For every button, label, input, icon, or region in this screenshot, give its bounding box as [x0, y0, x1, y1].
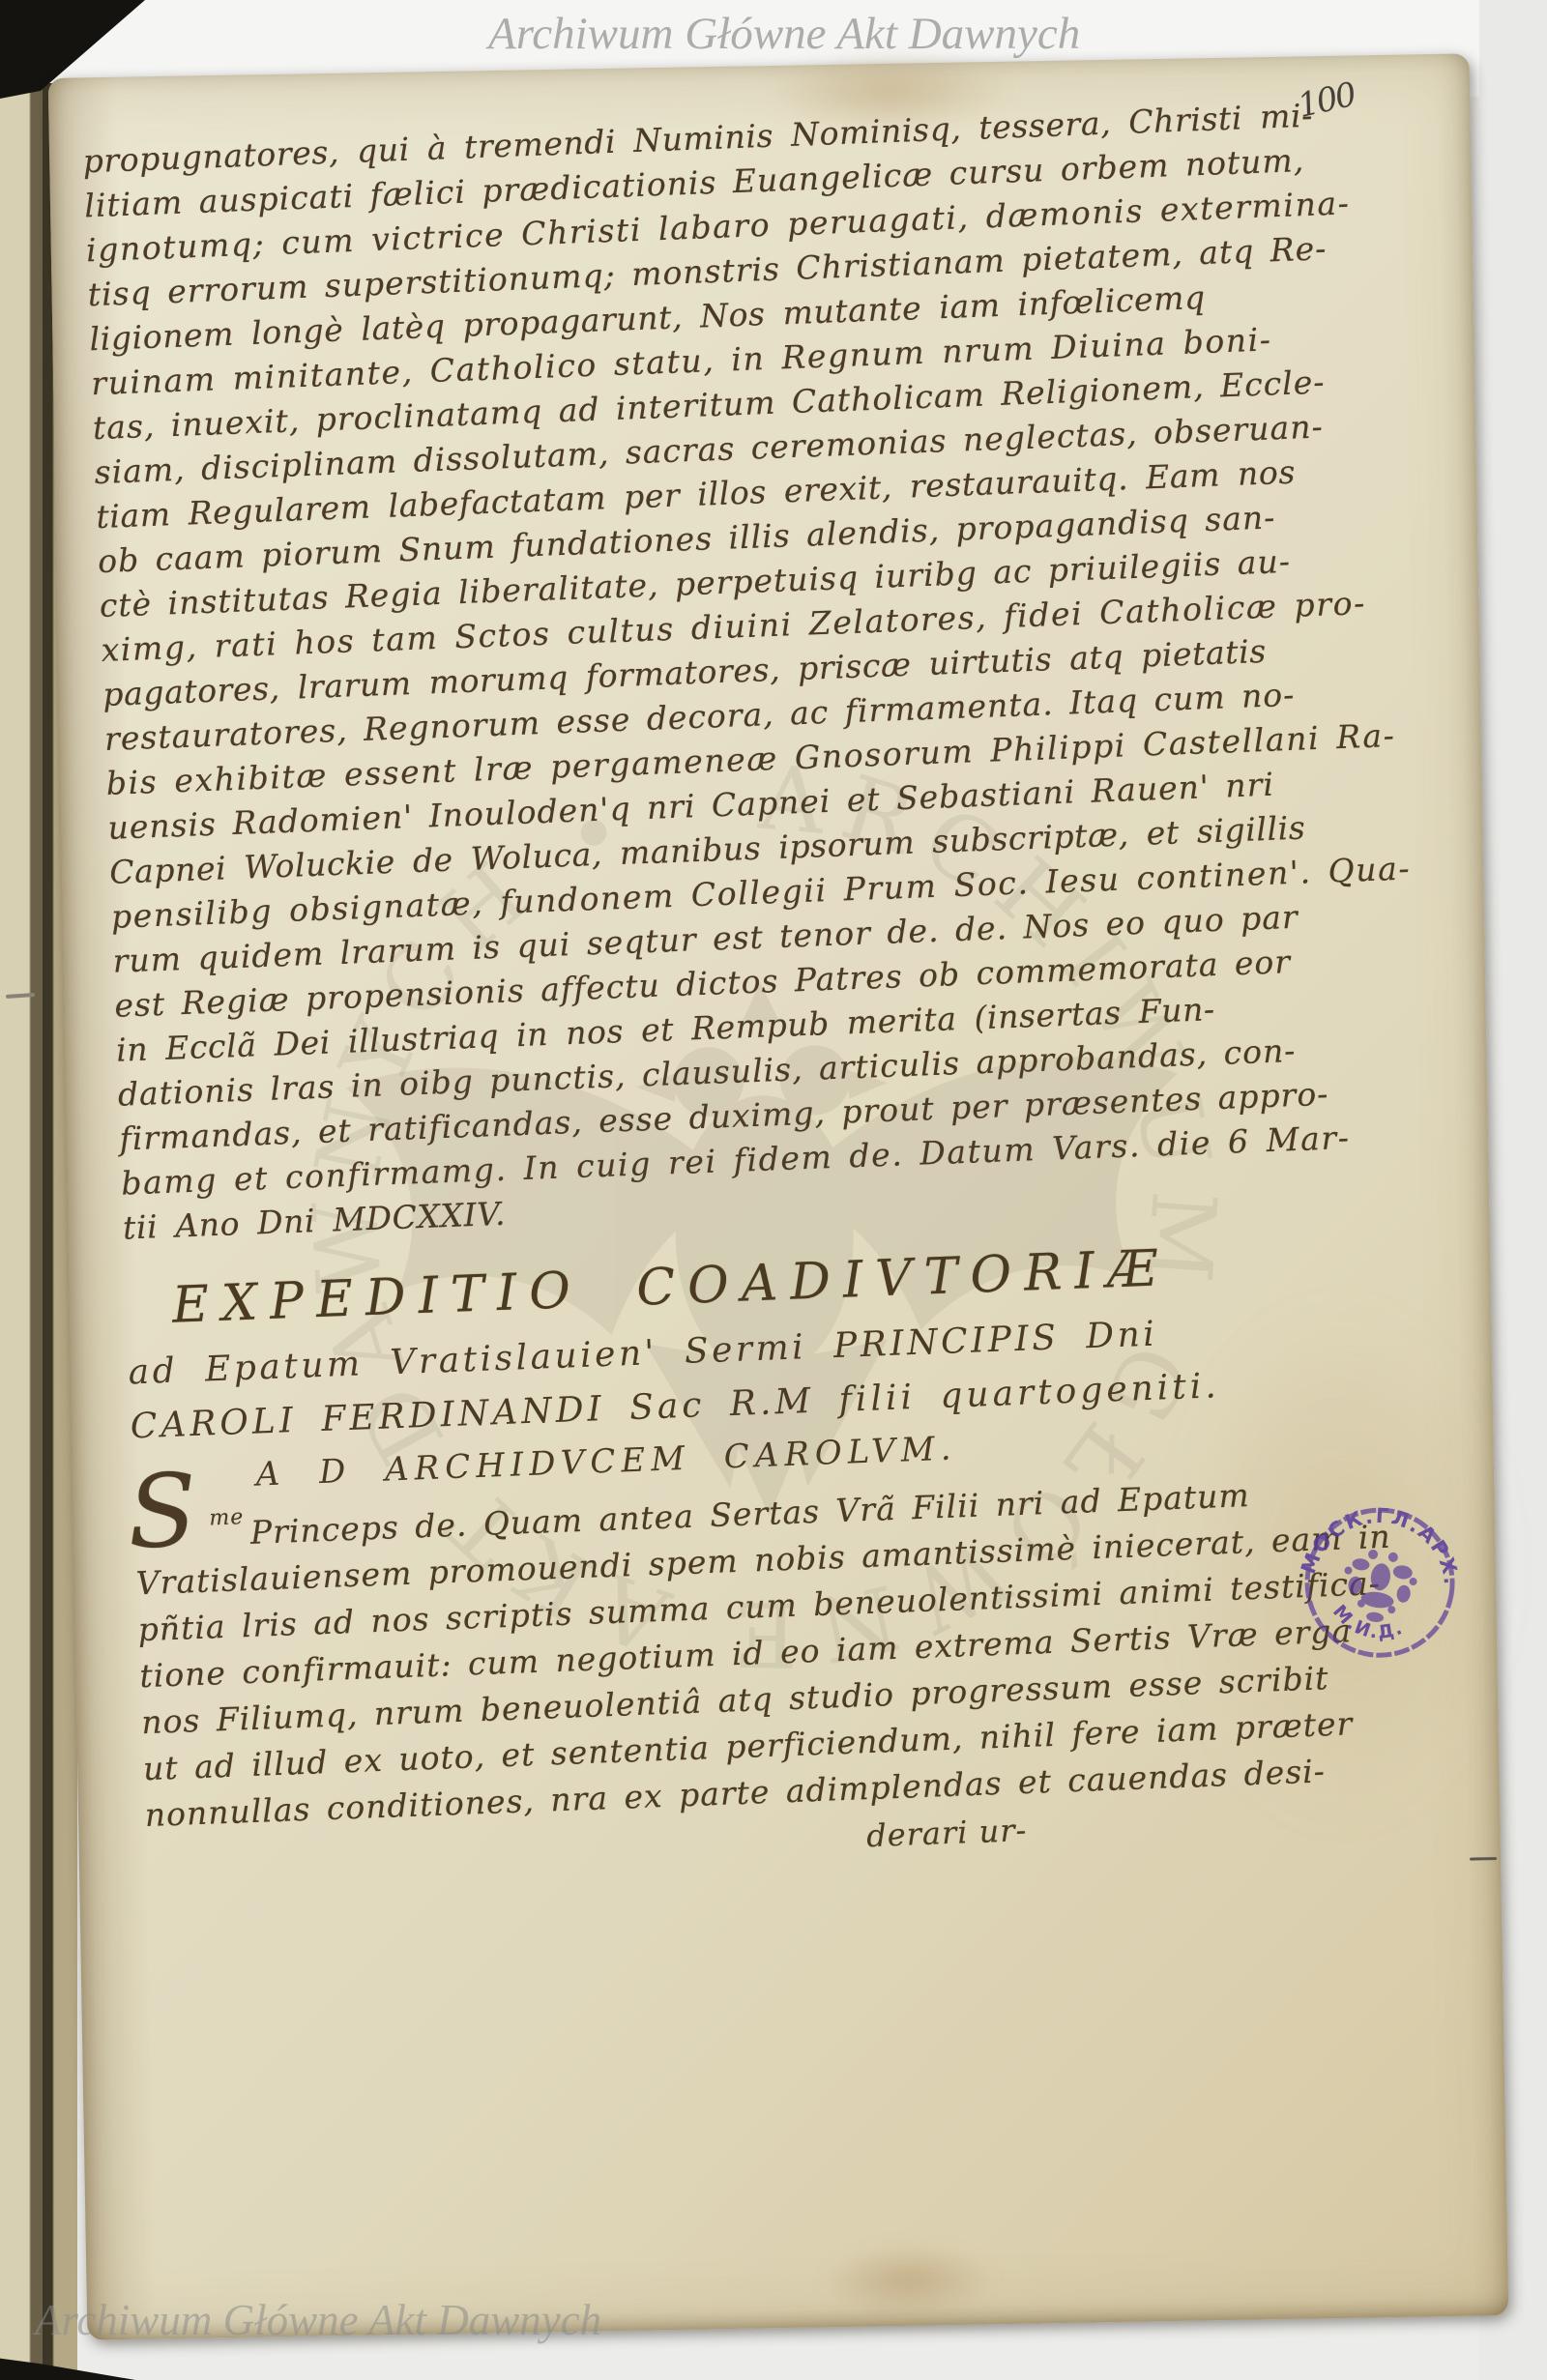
scanned-manuscript-view: ARCHIWUM GŁÓWNE AKT DAWNYCH • 100 propug…: [0, 0, 1547, 2380]
archive-stamp: МОСК.ГЛ.АРХ. М.И.Д.: [1284, 1487, 1476, 1679]
margin-pen-dash-right: [1470, 1857, 1497, 1860]
paper-stain: [821, 2243, 996, 2317]
initial-superscript: me: [209, 1495, 246, 1542]
latin-paragraph-1: propugnatores, qui à tremendi Numinis No…: [82, 90, 1457, 1251]
latin-paragraph-2-lines: Vratislauiensem promouendi spem nobis am…: [135, 1511, 1479, 1840]
manuscript-page: ARCHIWUM GŁÓWNE AKT DAWNYCH • 100 propug…: [48, 53, 1509, 2339]
latin-paragraph-2: S me Princeps de. Quam antea Sertas Vrã …: [133, 1465, 1480, 1886]
manuscript-text-block: propugnatores, qui à tremendi Numinis No…: [82, 90, 1481, 1885]
expeditio-heading: EXPEDITIO COADIVTORIÆ ad Epatum Vratisla…: [125, 1218, 1467, 1505]
decorated-initial: S: [127, 1487, 198, 1536]
